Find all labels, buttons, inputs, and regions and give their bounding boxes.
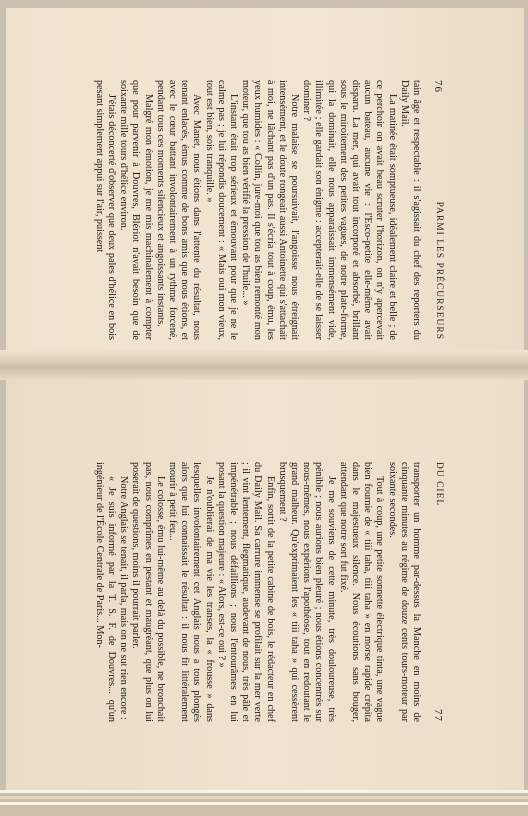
paragraph: L'instant était trop sérieux et émouvant… <box>202 80 239 340</box>
right-page-content: DU CIEL 77 transporter un homme par-dess… <box>93 462 444 722</box>
paragraph: Notre malaise se poursuivait, l'angoisse… <box>239 80 300 340</box>
paragraph: Le colosse, ému lui-même au delà du poss… <box>129 462 166 722</box>
paragraph: La matinée était somptueuse, idéalement … <box>300 80 398 340</box>
running-header: 76 PARMI LES PRÉCURSEURS <box>432 80 444 340</box>
paragraph: Je n'oublierai de ma vie les transes, la… <box>166 462 215 722</box>
left-page-content: 76 PARMI LES PRÉCURSEURS tain âge et res… <box>93 80 444 340</box>
page-edge <box>0 790 528 793</box>
paragraph: tain âge et respectable : il s'agissait … <box>398 80 422 340</box>
open-book: 76 PARMI LES PRÉCURSEURS tain âge et res… <box>0 0 528 816</box>
paragraph: Notre Anglais se tenait, il parla, mais … <box>117 462 129 722</box>
running-head: DU CIEL <box>432 462 444 506</box>
paragraph: « Je suis informé par la T. S. F. de Dou… <box>93 462 117 722</box>
paragraph: J'étais déconcerté d'observer que deux p… <box>93 80 117 340</box>
book-gutter <box>0 350 528 380</box>
paragraph: Avec Manet, nous étions dans l'attente d… <box>154 80 203 340</box>
paragraph: Tout à coup, une petite sonnette électri… <box>337 462 386 722</box>
running-head: PARMI LES PRÉCURSEURS <box>432 202 444 340</box>
running-header: DU CIEL 77 <box>432 462 444 722</box>
paragraph: Je me souviens de cette minute, très dou… <box>276 462 337 722</box>
page-number: 77 <box>432 709 444 722</box>
page-number: 76 <box>432 80 444 93</box>
paragraph: transporter un homme par-dessus la Manch… <box>385 462 422 722</box>
page-edge <box>0 796 528 799</box>
paragraph: Enfin, sortit de la petite cabine de boi… <box>215 462 276 722</box>
page-edge <box>0 802 528 805</box>
paragraph: Malgré mon émotion, je me mis machinalem… <box>117 80 154 340</box>
page-body: transporter un homme par-dessus la Manch… <box>93 462 422 722</box>
page-body: tain âge et respectable : il s'agissait … <box>93 80 422 340</box>
